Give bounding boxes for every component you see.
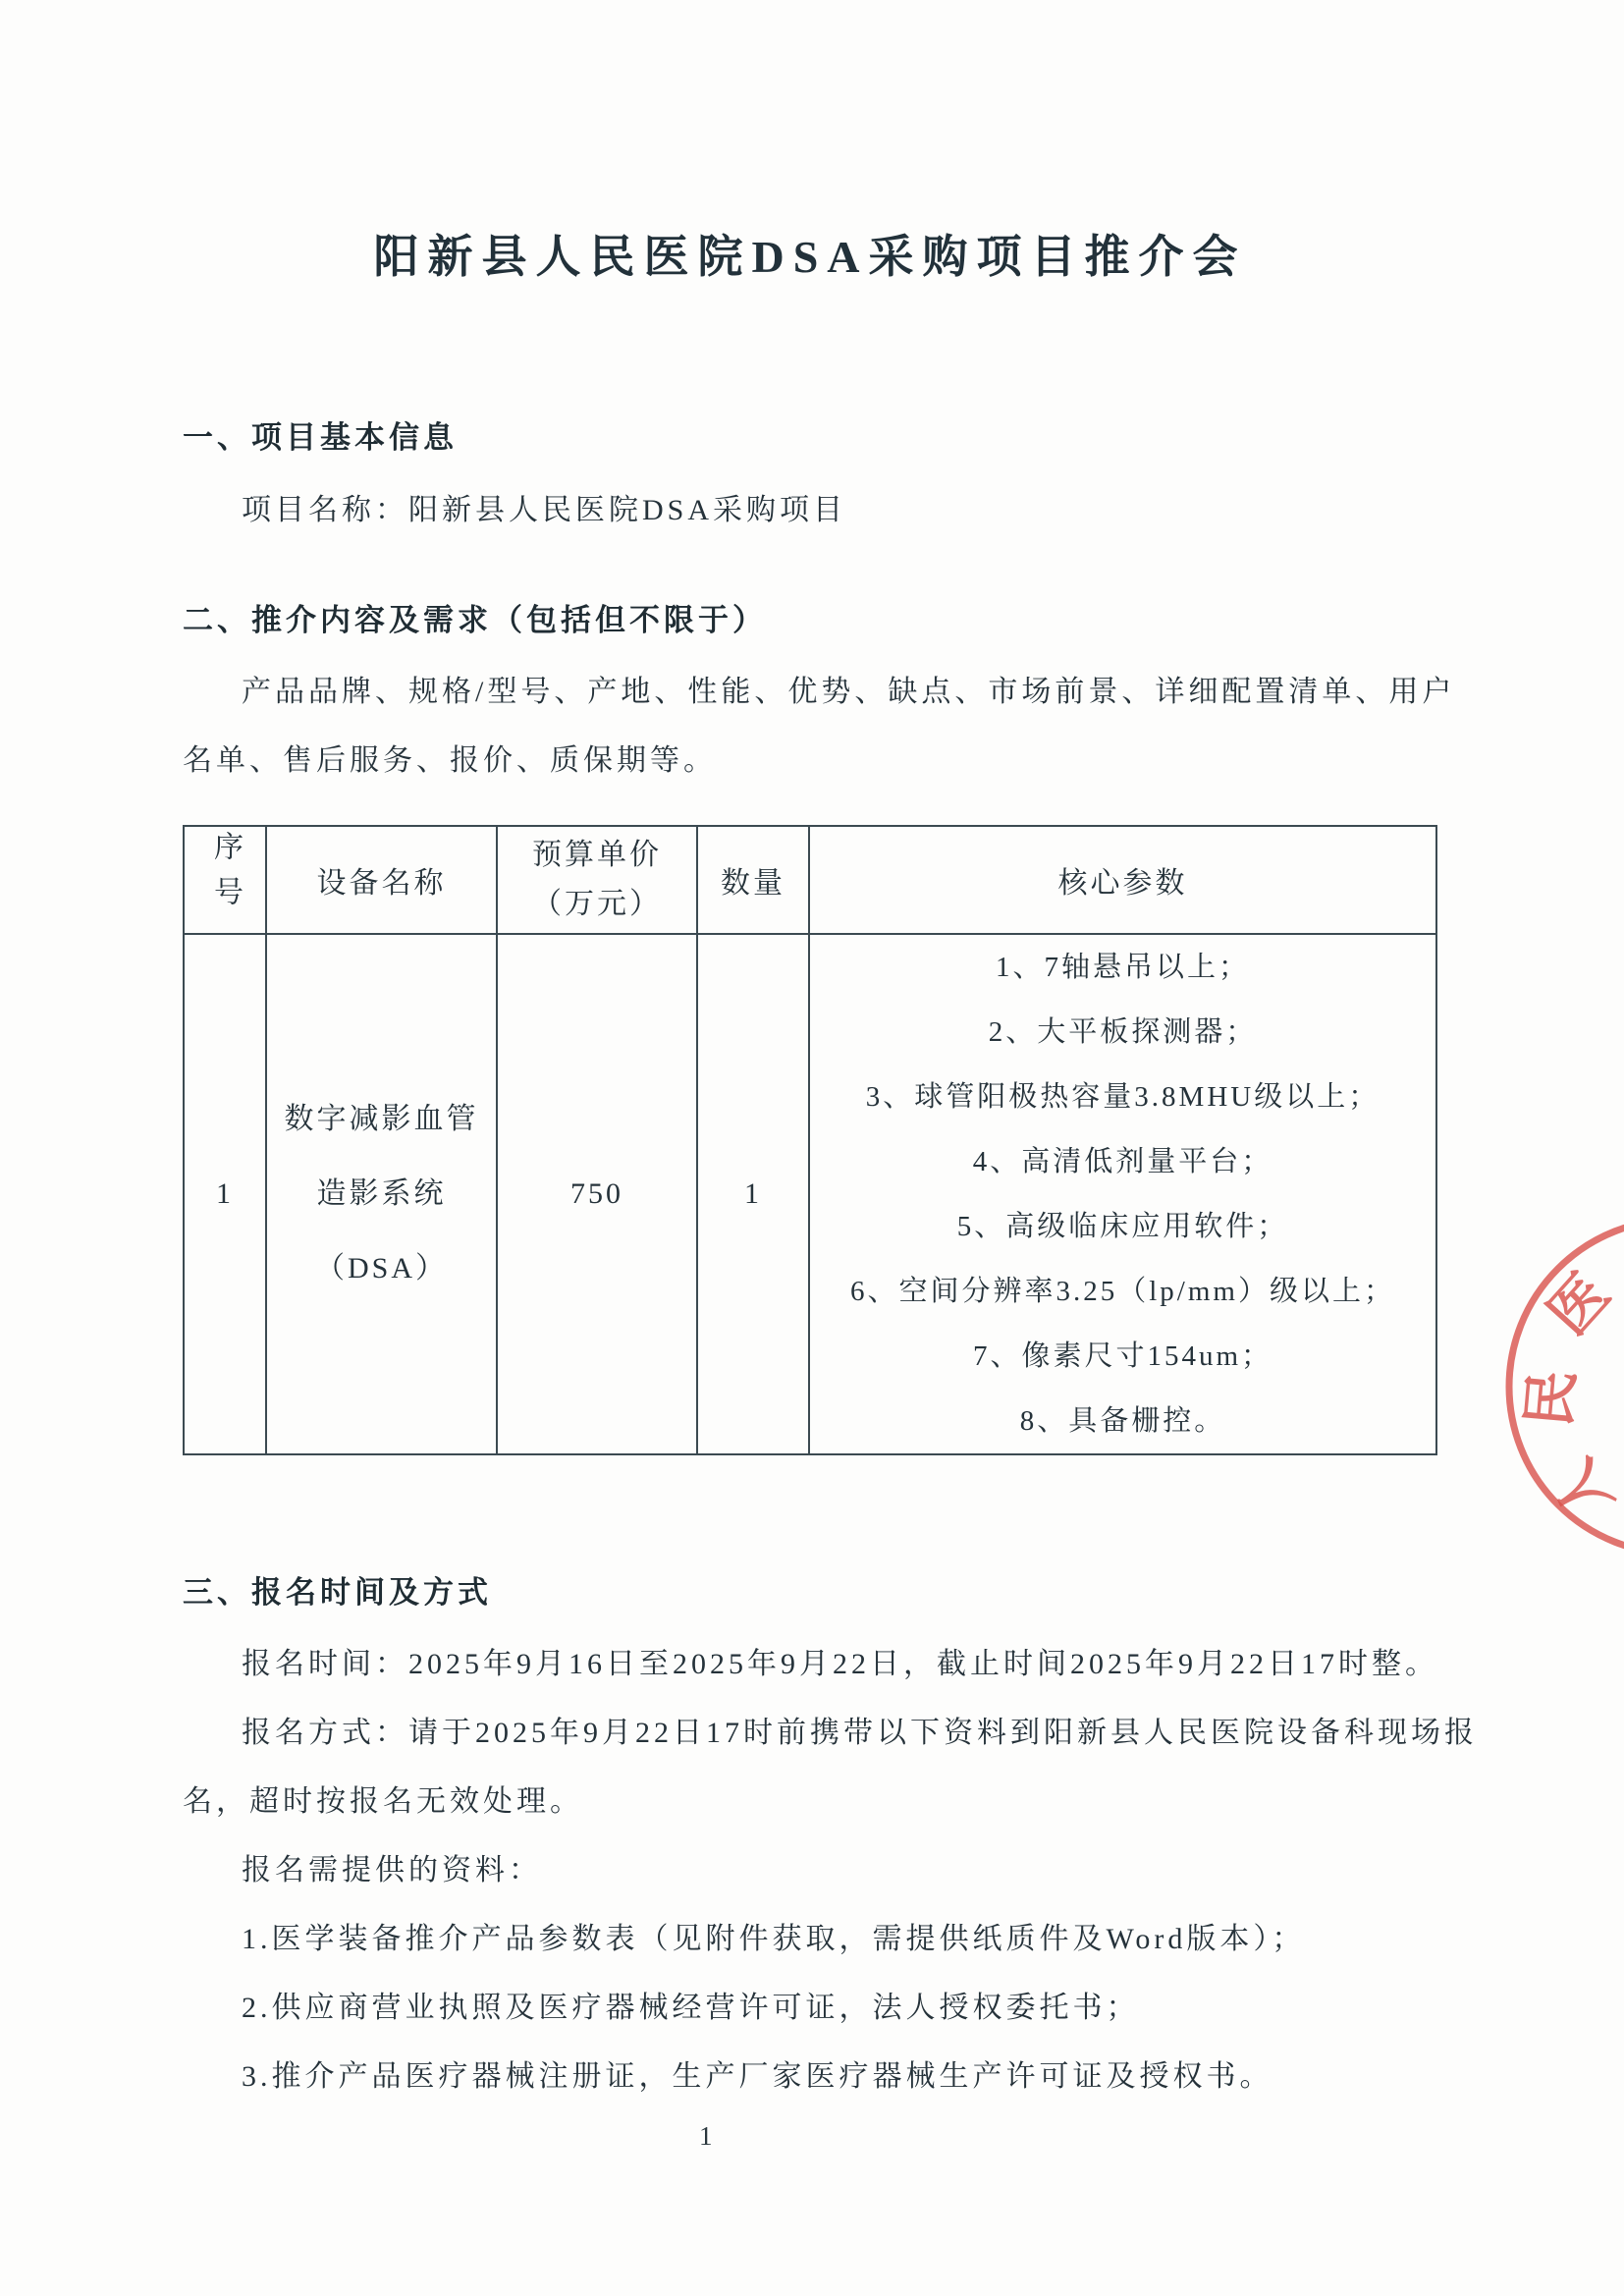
table-row: 1 数字减影血管 造影系统 （DSA） 750 1 1、7轴悬吊以上； 2、大平… <box>184 934 1436 1454</box>
core-param-4: 4、高清低剂量平台； <box>810 1129 1435 1194</box>
material-item-1: 1.医学装备推介产品参数表（见附件获取，需提供纸质件及Word版本）； <box>183 1905 1437 1974</box>
col-header-params: 核心参数 <box>809 826 1436 934</box>
document-title: 阳新县人民医院DSA采购项目推介会 <box>183 0 1437 289</box>
section-2-heading: 二、推介内容及需求（包括但不限于） <box>183 597 1437 644</box>
registration-method-line-1: 报名方式：请于2025年9月22日17时前携带以下资料到阳新县人民医院设备科现场… <box>183 1699 1437 1768</box>
core-param-3: 3、球管阳极热容量3.8MHU级以上； <box>810 1065 1435 1129</box>
cell-device-name: 数字减影血管 造影系统 （DSA） <box>266 934 497 1454</box>
table-header-row: 序号 设备名称 预算单价 （万元） 数量 核心参数 <box>184 826 1436 934</box>
cell-index: 1 <box>184 934 266 1454</box>
col-header-qty: 数量 <box>697 826 809 934</box>
core-param-1: 1、7轴悬吊以上； <box>810 935 1435 1000</box>
col-header-price-line-1: 预算单价 <box>498 831 696 880</box>
section-2-text-line-2: 名单、售后服务、报价、质保期等。 <box>183 727 1437 795</box>
seal-char-ren: 人 <box>1541 1449 1624 1530</box>
document-page: 阳新县人民医院DSA采购项目推介会 一、项目基本信息 项目名称：阳新县人民医院D… <box>0 0 1624 2296</box>
device-name-line-3: （DSA） <box>267 1231 496 1306</box>
core-param-6: 6、空间分辨率3.25（lp/mm）级以上； <box>810 1259 1435 1324</box>
core-param-5: 5、高级临床应用软件； <box>810 1194 1435 1259</box>
registration-time-line: 报名时间：2025年9月16日至2025年9月22日，截止时间2025年9月22… <box>183 1630 1437 1699</box>
section-1-heading: 一、项目基本信息 <box>183 414 1437 462</box>
device-name-line-1: 数字减影血管 <box>267 1082 496 1157</box>
equipment-table: 序号 设备名称 预算单价 （万元） 数量 核心参数 1 数字减影血管 造影系统 <box>183 825 1437 1455</box>
section-3-heading: 三、报名时间及方式 <box>183 1569 1437 1616</box>
section-2-text-line-1: 产品品牌、规格/型号、产地、性能、优势、缺点、市场前景、详细配置清单、用户 <box>183 658 1437 727</box>
col-header-index: 序号 <box>184 826 266 934</box>
page-number: 1 <box>699 2121 713 2152</box>
col-header-device: 设备名称 <box>266 826 497 934</box>
cell-budget-price: 750 <box>497 934 697 1454</box>
col-header-index-label: 序号 <box>210 831 240 921</box>
cell-quantity: 1 <box>697 934 809 1454</box>
project-name-line: 项目名称：阳新县人民医院DSA采购项目 <box>183 483 1437 538</box>
material-item-2: 2.供应商营业执照及医疗器械经营许可证，法人授权委托书； <box>183 1974 1437 2043</box>
material-item-3: 3.推介产品医疗器械注册证，生产厂家医疗器械生产许可证及授权书。 <box>183 2043 1437 2111</box>
hospital-seal-stamp: 医 民 人 <box>1494 1210 1624 1552</box>
registration-method-line-2: 名，超时按报名无效处理。 <box>183 1768 1437 1836</box>
core-param-7: 7、像素尺寸154um； <box>810 1324 1435 1389</box>
core-param-2: 2、大平板探测器； <box>810 1000 1435 1065</box>
device-name-line-2: 造影系统 <box>267 1157 496 1231</box>
col-header-price-line-2: （万元） <box>498 880 696 929</box>
required-materials-intro-line: 报名需提供的资料： <box>183 1836 1437 1905</box>
core-param-8: 8、具备栅控。 <box>810 1389 1435 1453</box>
document-content: 阳新县人民医院DSA采购项目推介会 一、项目基本信息 项目名称：阳新县人民医院D… <box>0 0 1624 2111</box>
seal-char-min: 民 <box>1517 1367 1586 1429</box>
cell-core-params: 1、7轴悬吊以上； 2、大平板探测器； 3、球管阳极热容量3.8MHU级以上； … <box>809 934 1436 1454</box>
col-header-price: 预算单价 （万元） <box>497 826 697 934</box>
